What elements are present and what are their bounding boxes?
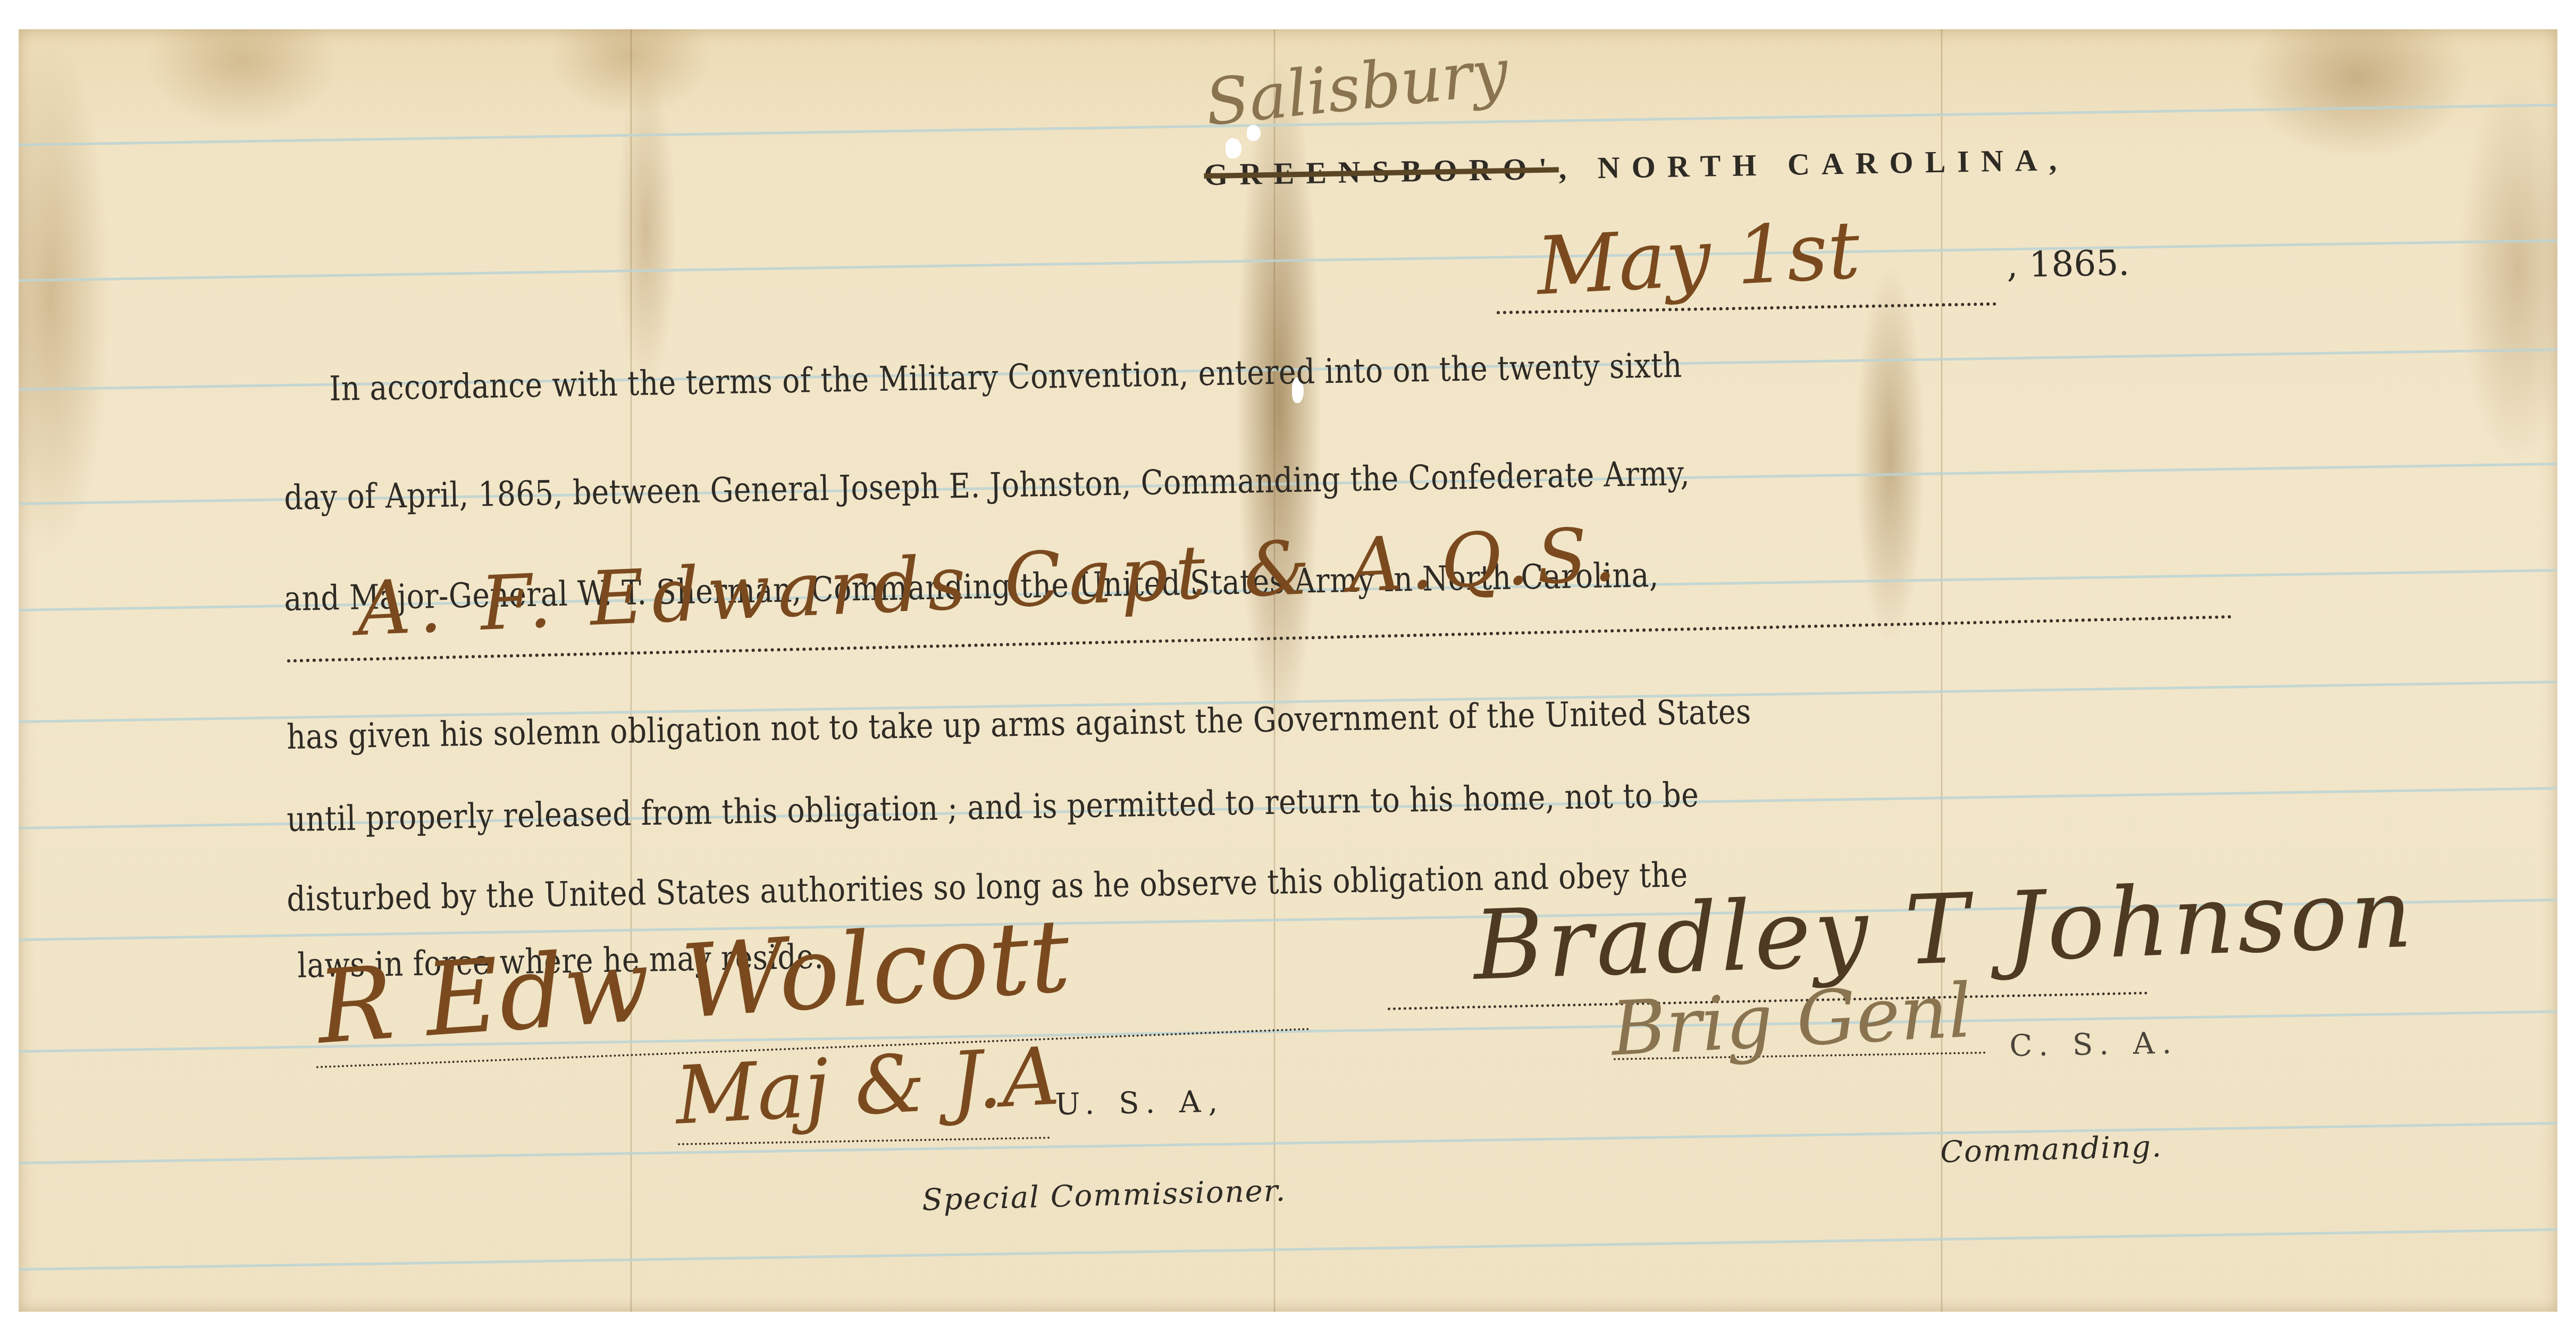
parole-document: Salisbury GREENSBORO', NORTH CAROLINA, M… [19, 29, 2557, 1312]
document-heading: GREENSBORO', NORTH CAROLINA, [1204, 142, 2069, 192]
union-army: U. S. A, [1055, 1084, 1226, 1122]
union-title: Special Commissioner. [921, 1173, 1287, 1218]
fold-line [1941, 29, 1943, 1312]
handwritten-place: Salisbury [1202, 35, 1512, 140]
struck-place: GREENSBORO' [1204, 151, 1559, 192]
handwritten-date: May 1st [1534, 204, 1862, 313]
rule-line [19, 239, 2557, 282]
confederate-title: Commanding. [1940, 1129, 2162, 1170]
parolee-name: A. F. Edwards Capt & A.Q.S. [355, 511, 1625, 653]
union-rank: Maj & J.A [673, 1030, 1062, 1143]
body-line-2: day of April, 1865, between General Jose… [284, 454, 1690, 518]
obligation-line-2: until properly released from this obliga… [287, 776, 1699, 840]
heading-state: , NORTH CAROLINA, [1558, 142, 2068, 186]
fold-line [630, 29, 632, 1312]
body-line-1: In accordance with the terms of the Mili… [329, 346, 1683, 409]
paper-hole [1226, 138, 1241, 158]
rule-line [19, 1228, 2557, 1271]
date-year: , 1865. [2007, 242, 2130, 286]
rule-line [19, 1122, 2557, 1164]
obligation-line-1: has given his solemn obligation not to t… [287, 692, 1751, 757]
confederate-rank: Brig Genl [1609, 968, 1974, 1073]
fold-line [1273, 29, 1276, 1312]
confederate-army: C. S. A. [2009, 1026, 2179, 1063]
